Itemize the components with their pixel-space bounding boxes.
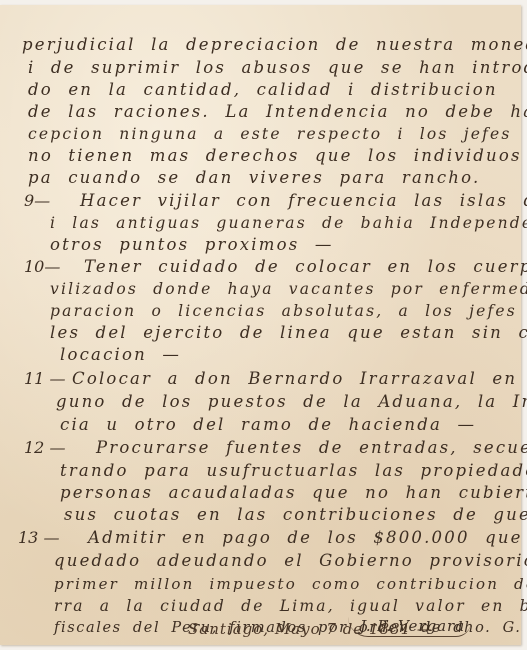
- text-line: cepcion ninguna a este respecto i los je…: [28, 124, 527, 144]
- item-number-10: 10—: [24, 257, 60, 277]
- text-line: otros puntos proximos —: [50, 235, 334, 255]
- text-line: paracion o licencias absolutas, a los je…: [50, 301, 527, 321]
- text-line: no tienen mas derechos que los individuo…: [28, 146, 527, 166]
- item-number-9: 9—: [24, 191, 50, 211]
- item-number-12: 12 —: [24, 438, 65, 458]
- text-line: i de suprimir los abusos que se han intr…: [28, 58, 527, 78]
- text-line: les del ejercito de linea que estan sin …: [50, 323, 527, 343]
- text-line: Procurarse fuentes de entradas, secues-: [96, 438, 527, 458]
- text-line: vilizados donde haya vacantes por enferm…: [50, 279, 527, 299]
- text-line: primer millon impuesto como contribucion…: [54, 574, 527, 594]
- text-line: i las antiguas guaneras de bahia Indepen…: [50, 213, 527, 233]
- text-line: locacion —: [60, 345, 181, 365]
- text-line: perjudicial la depreciacion de nuestra m…: [22, 35, 527, 55]
- text-line: de las raciones. La Intendencia no debe …: [28, 102, 527, 122]
- text-line: sus cuotas en las contribuciones de guer…: [64, 505, 527, 525]
- text-line: Colocar a don Bernardo Irarrazaval en al…: [72, 369, 527, 389]
- text-line: rra a la ciudad de Lima, igual valor en …: [54, 596, 527, 616]
- text-line: cia u otro del ramo de hacienda —: [60, 415, 476, 435]
- text-line: do en la cantidad, calidad i distribucio…: [28, 80, 498, 100]
- signature: J. F. Vergara: [348, 617, 471, 637]
- item-number-13: 13 —: [18, 528, 59, 548]
- text-line: trando para usufructuarlas las propiedad…: [60, 461, 527, 481]
- text-line: Admitir en pago de los $800.000 que ha: [88, 528, 527, 548]
- manuscript-page: perjudicial la depreciacion de nuestra m…: [0, 5, 521, 645]
- text-line: quedado adeudando el Gobierno provisorio…: [54, 551, 527, 571]
- item-number-11: 11 —: [24, 369, 65, 389]
- text-line: Hacer vijilar con frecuencia las islas d…: [80, 191, 527, 211]
- text-line: personas acaudaladas que no han cubierto: [60, 483, 527, 503]
- text-line: Tener cuidado de colocar en los cuerpos …: [84, 257, 527, 277]
- text-line: pa cuando se dan viveres para rancho.: [28, 168, 480, 188]
- text-line: guno de los puestos de la Aduana, la Int…: [56, 392, 527, 412]
